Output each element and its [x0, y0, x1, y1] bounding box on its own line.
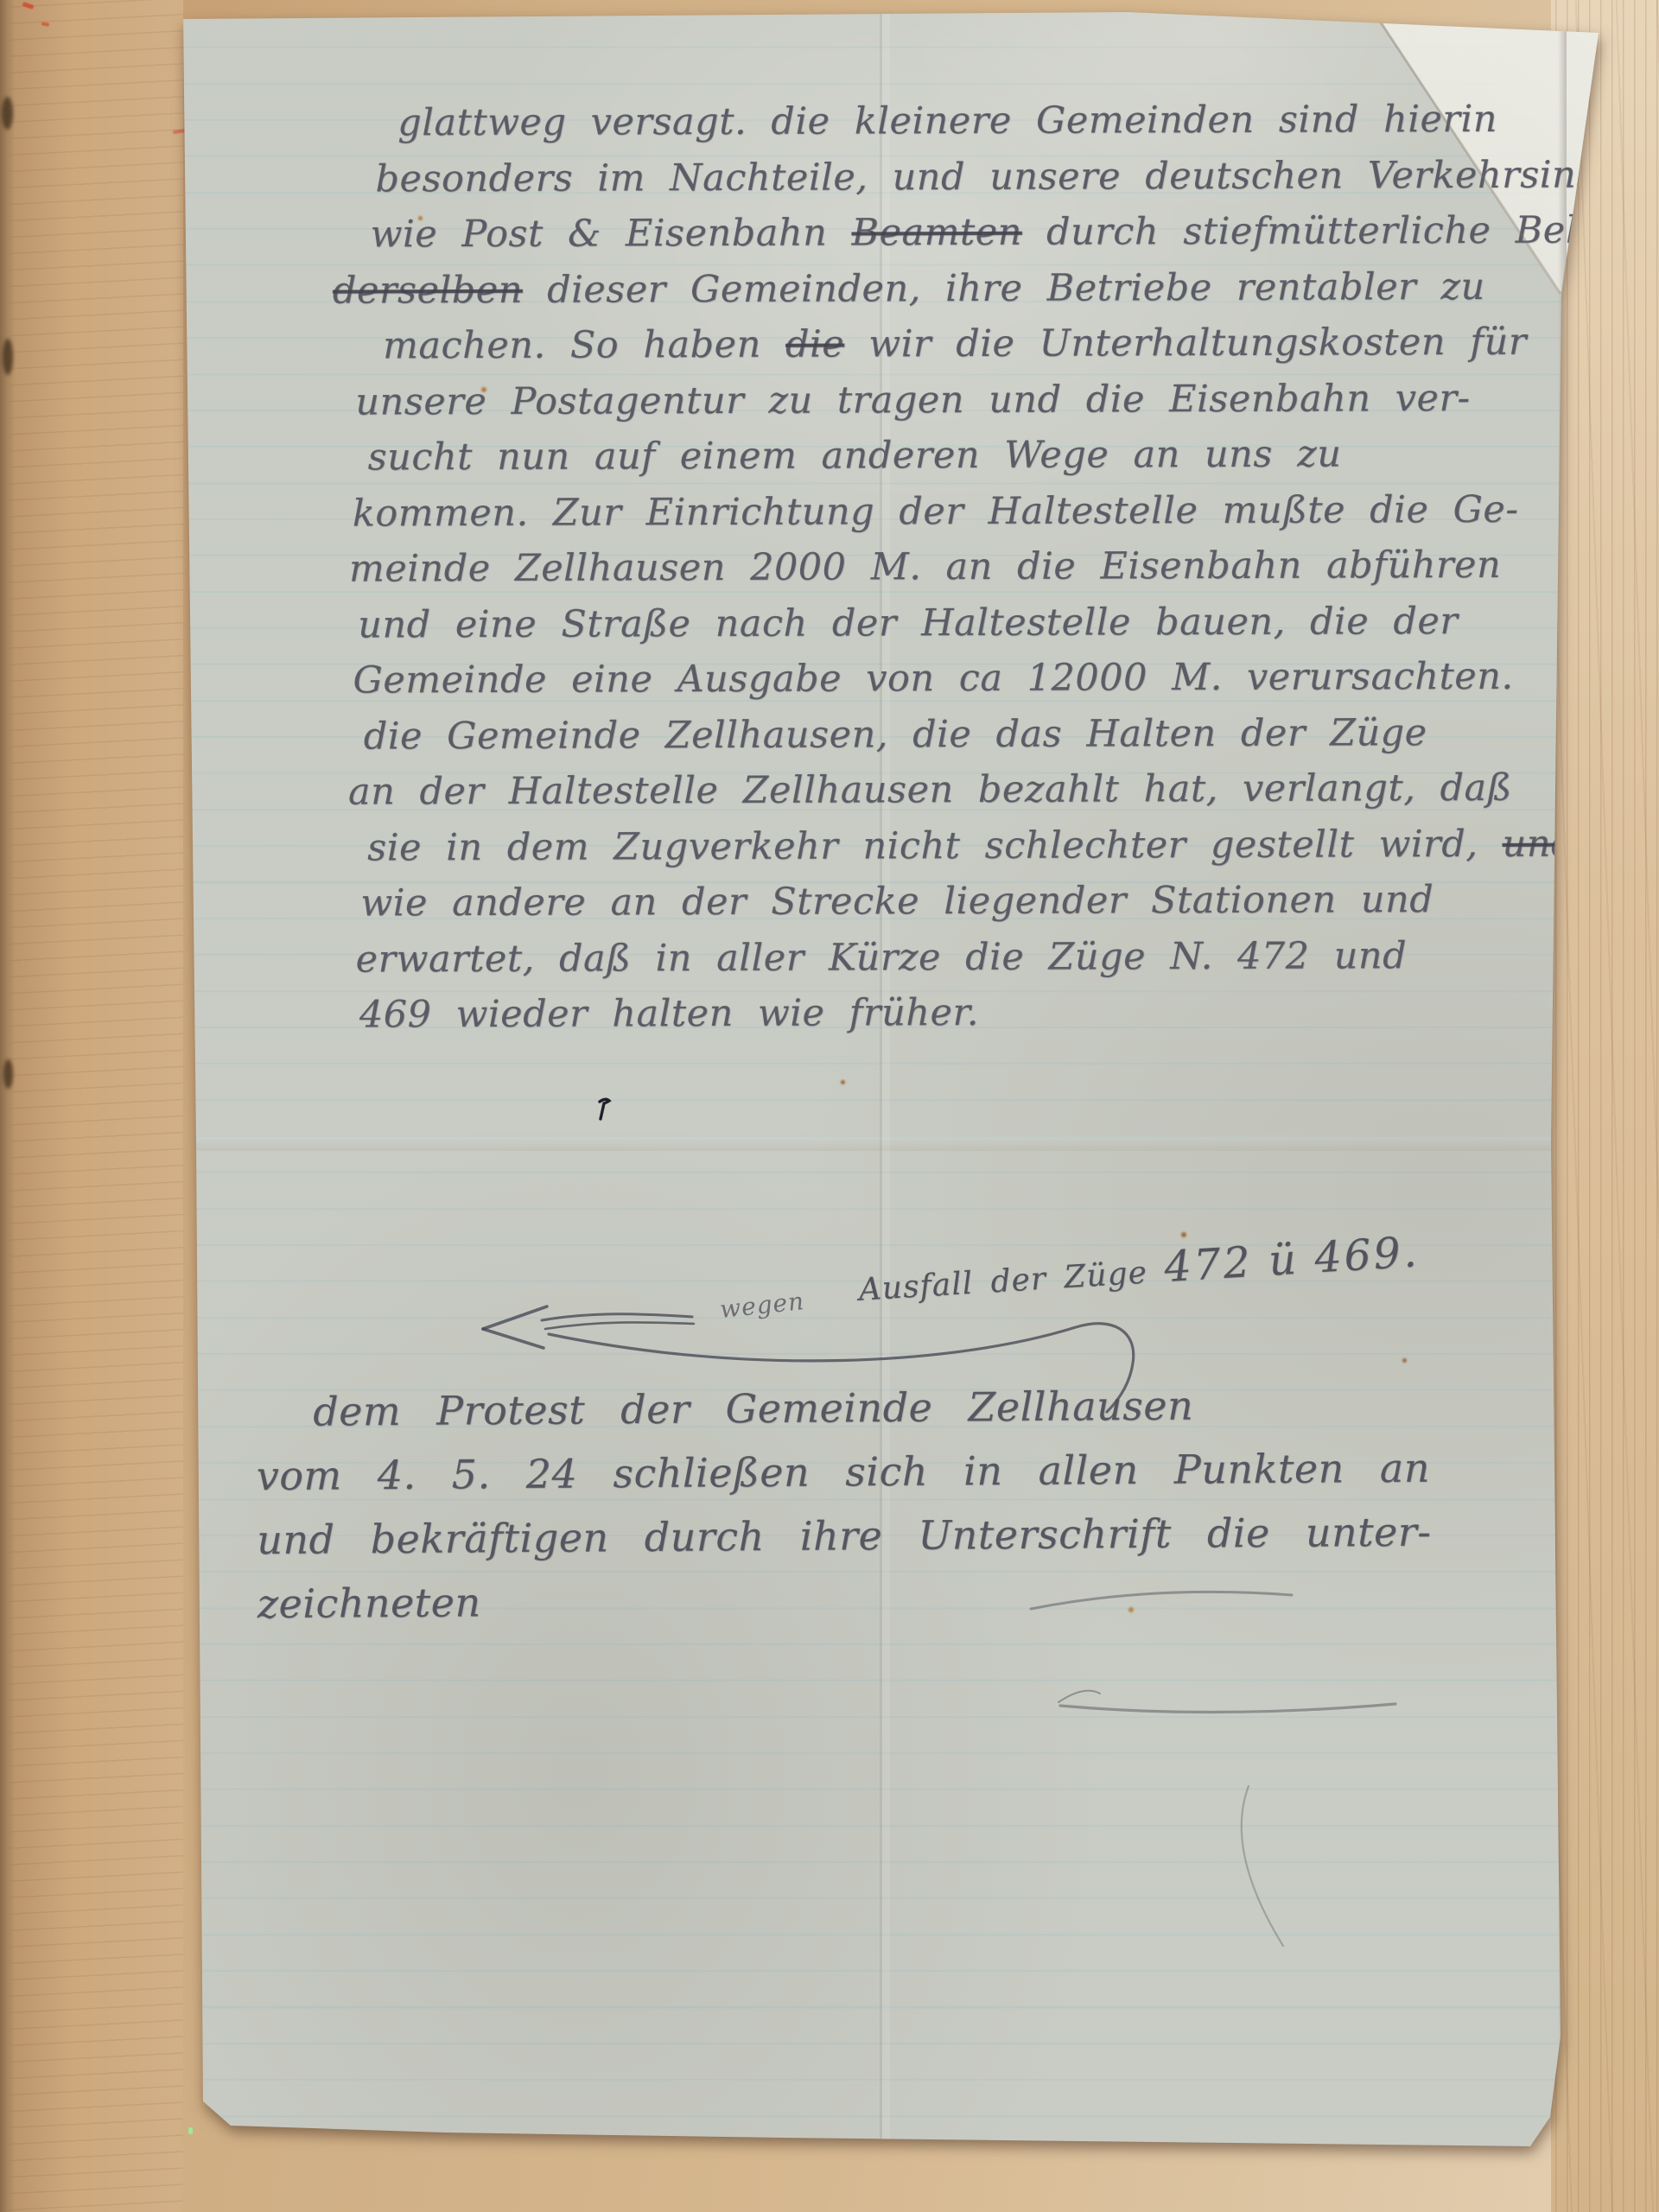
paper-sheet: glattweg versagt. die kleinere Gemeinden…	[177, 10, 1611, 2158]
handwriting-line: meinde Zellhausen 2000 M. an die Eisenba…	[349, 537, 1573, 597]
handwriting-line: an der Haltestelle Zellhausen bezahlt ha…	[348, 760, 1573, 820]
handwriting-line: dem Protest der Gemeinde Zellhausen	[313, 1371, 1517, 1444]
handwriting-line: kommen. Zur Einrichtung der Haltestelle …	[353, 481, 1573, 541]
corner-fold-crease-line	[177, 10, 1611, 356]
stray-pencil-strokes	[989, 1574, 1594, 1989]
foxing-spot	[841, 1080, 845, 1084]
handwriting-line: 469 wieder halten wie früher.	[359, 983, 1574, 1043]
letter-page: glattweg versagt. die kleinere Gemeinden…	[177, 10, 1611, 2158]
handwriting-line: und bekräftigen durch ihre Unterschrift …	[257, 1499, 1518, 1572]
handwriting-line: die Gemeinde Zellhausen, die das Halten …	[364, 704, 1573, 764]
handwriting-line: und eine Straße nach der Haltestelle bau…	[358, 593, 1573, 652]
photo-of-document: { "photo": { "scene": "Handwritten penci…	[0, 0, 1659, 2212]
handwriting-line: erwartet, daß in aller Kürze die Züge N.…	[355, 927, 1573, 987]
foxing-spot	[1402, 1358, 1407, 1363]
handwriting-line: sie in dem Zugverkehr nicht schlechter g…	[367, 816, 1573, 875]
handwriting-line: vom 4. 5. 24 schließen sich in allen Pun…	[257, 1435, 1518, 1508]
handwriting-line: sucht nun auf einem anderen Wege an uns …	[367, 426, 1572, 486]
wood-background-left	[0, 0, 183, 2212]
handwriting-line: wie andere an der Strecke liegender Stat…	[360, 872, 1573, 931]
wood-board-edge-groove	[0, 0, 15, 2212]
foxing-spot	[1181, 1232, 1186, 1237]
handwriting-line: unsere Postagentur zu tragen und die Eis…	[355, 370, 1572, 429]
wood-knot	[3, 1059, 13, 1089]
paper-bottom-edge-shadow	[177, 2146, 1611, 2158]
dirt-spot	[1554, 1011, 1560, 1019]
paper-left-edge-shadow	[177, 10, 184, 2158]
green-speck	[188, 2127, 193, 2134]
ink-speck-mark	[597, 1097, 614, 1125]
wood-knot	[2, 97, 13, 130]
handwriting-line: Gemeinde eine Ausgabe von ca 12000 M. ve…	[353, 649, 1573, 709]
wood-knot	[3, 339, 13, 375]
horizontal-fold-crease	[177, 1135, 1611, 1151]
